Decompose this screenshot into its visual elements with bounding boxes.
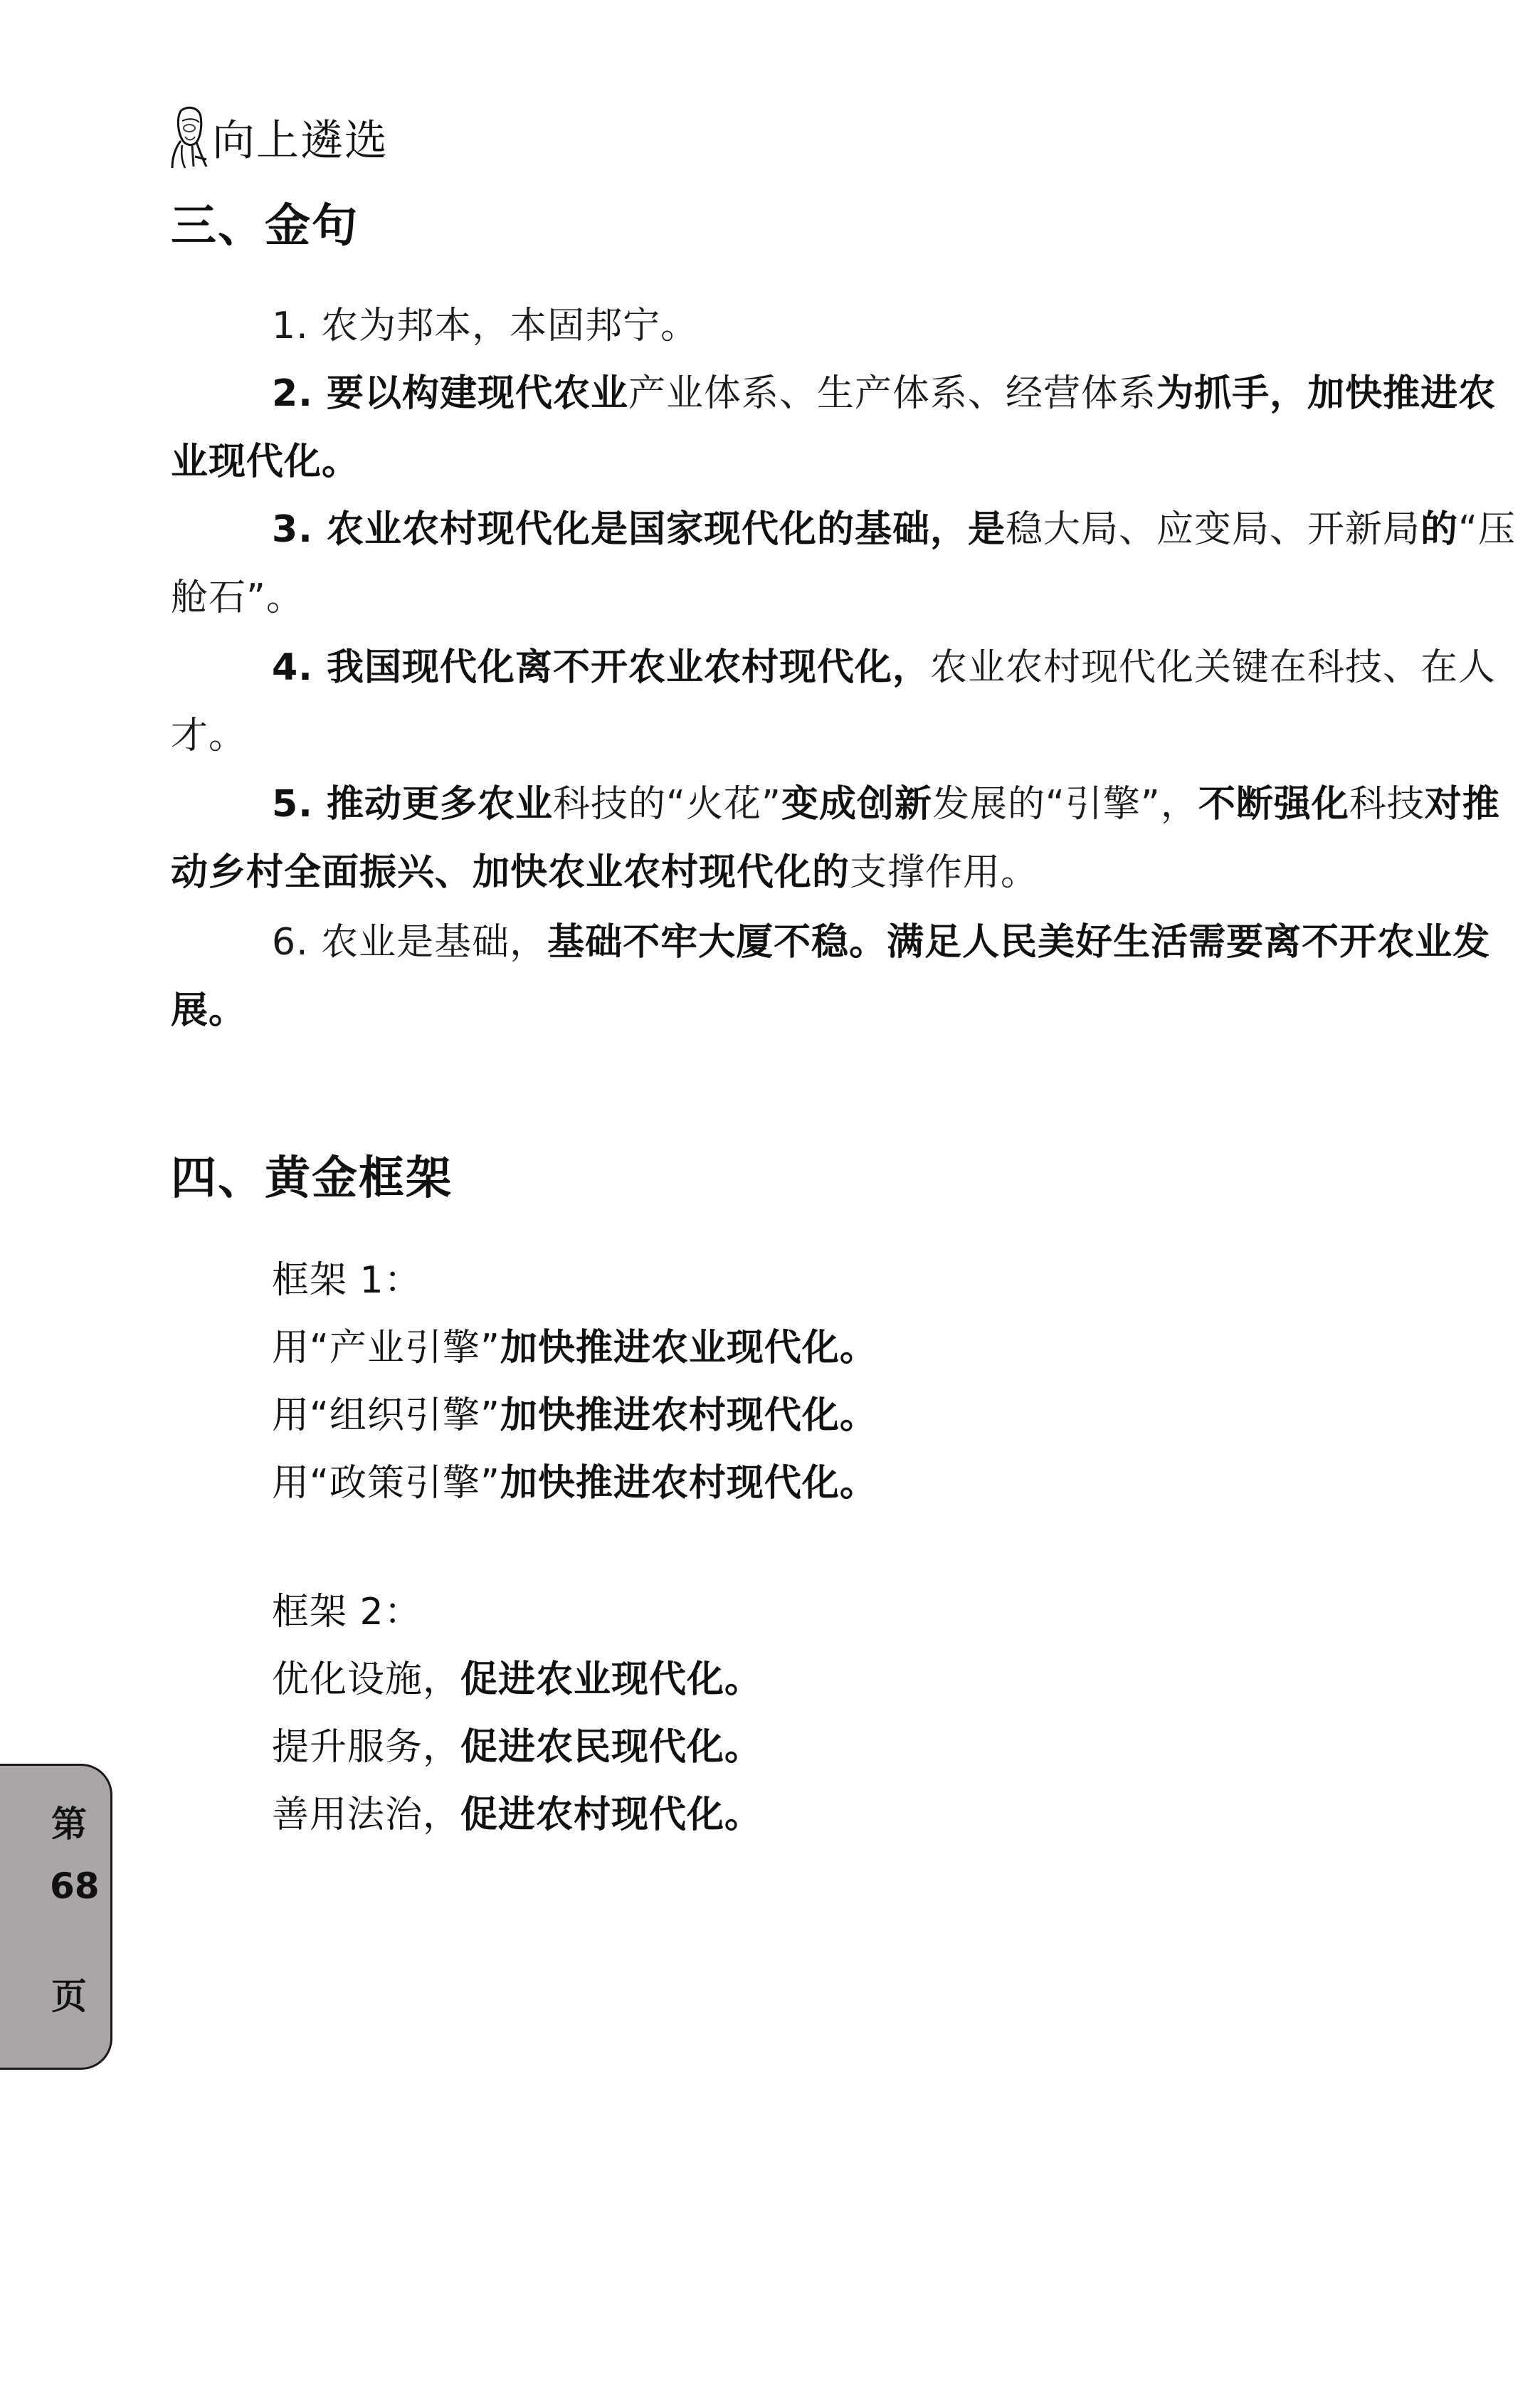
framework-line-pre: 提升服务，: [272, 1726, 460, 1769]
page-tab-prefix: 第: [51, 1796, 87, 1847]
framework-label: 框架 2：: [272, 1579, 762, 1646]
framework-line-post: 促进农业现代化。: [460, 1658, 762, 1701]
framework-line-pre: 优化设施，: [272, 1658, 460, 1701]
quote-text-bold: 的: [1420, 508, 1458, 551]
section-title-golden-framework: 四、黄金框架: [171, 1150, 453, 1207]
page-tab-suffix: 页: [51, 1968, 87, 2019]
quote-item-6: 6. 农业是基础，基础不牢大厦不稳。满足人民美好生活需要离不开农业发展。: [171, 908, 1523, 1045]
framework-label: 框架 1：: [272, 1247, 877, 1315]
quote-text-bold: 5. 推动更多农业: [272, 783, 553, 826]
framework-line-post: 加快推进农村现代化。: [500, 1394, 877, 1437]
section-title-golden-sentences: 三、金句: [171, 198, 359, 255]
framework-line: 优化设施，促进农业现代化。: [272, 1646, 762, 1714]
framework-line: 用“组织引擎”加快推进农村现代化。: [272, 1382, 877, 1450]
framework-line-post: 促进农村现代化。: [460, 1794, 762, 1836]
quote-text: 发展的“引擎”，: [932, 783, 1198, 826]
framework-line-pre: 善用法治，: [272, 1794, 460, 1836]
page-number: 68: [50, 1865, 100, 1907]
quote-text: 产业体系、生产体系、经营体系: [628, 372, 1156, 415]
person-portrait-icon: [171, 105, 208, 169]
page-number-tab: 第 68 页: [0, 1764, 112, 2070]
quote-item-4: 4. 我国现代化离不开农业农村现代化，农业农村现代化关键在科技、在人才。: [171, 633, 1523, 770]
framework-line: 用“产业引擎”加快推进农业现代化。: [272, 1315, 877, 1382]
framework-line: 用“政策引擎”加快推进农村现代化。: [272, 1450, 877, 1517]
quote-text-bold: 不断强化: [1198, 783, 1349, 826]
quote-text: 科技的“火花”: [553, 783, 781, 826]
quote-item-5: 5. 推动更多农业科技的“火花”变成创新发展的“引擎”，不断强化科技对推动乡村全…: [171, 770, 1523, 907]
quote-text-bold: 2. 要以构建现代农业: [272, 372, 628, 415]
quote-text-bold: 变成创新: [781, 783, 932, 826]
brand-title: 向上遴选: [212, 112, 389, 169]
quote-text: 科技: [1349, 783, 1425, 826]
framework-line-pre: 用“组织引擎”: [272, 1394, 500, 1437]
framework-1: 框架 1： 用“产业引擎”加快推进农业现代化。 用“组织引擎”加快推进农村现代化…: [272, 1247, 877, 1517]
quote-item-3: 3. 农业农村现代化是国家现代化的基础，是稳大局、应变局、开新局的“压舱石”。: [171, 495, 1523, 632]
framework-line: 善用法治，促进农村现代化。: [272, 1781, 762, 1849]
framework-line-post: 促进农民现代化。: [460, 1726, 762, 1769]
quote-item-2: 2. 要以构建现代农业产业体系、生产体系、经营体系为抓手，加快推进农业现代化。: [171, 359, 1523, 496]
quote-item-1: 1. 农为邦本，本固邦宁。: [171, 292, 1523, 360]
quote-text: 支撑作用。: [850, 851, 1038, 894]
quote-text-bold: 3. 农业农村现代化是国家现代化的基础，是: [272, 508, 1006, 551]
framework-line-pre: 用“产业引擎”: [272, 1327, 500, 1369]
framework-line-post: 加快推进农村现代化。: [500, 1462, 877, 1505]
framework-2: 框架 2： 优化设施，促进农业现代化。 提升服务，促进农民现代化。 善用法治，促…: [272, 1579, 762, 1849]
framework-line: 提升服务，促进农民现代化。: [272, 1714, 762, 1781]
quote-text: 1. 农为邦本，本固邦宁。: [272, 305, 698, 347]
framework-line-post: 加快推进农业现代化。: [500, 1327, 877, 1369]
quote-text: 稳大局、应变局、开新局: [1006, 508, 1420, 551]
book-header: 向上遴选: [171, 105, 389, 169]
framework-line-pre: 用“政策引擎”: [272, 1462, 500, 1505]
quote-text: 6. 农业是基础，: [272, 921, 547, 964]
quote-text-bold: 4. 我国现代化离不开农业农村现代化，: [272, 646, 930, 689]
